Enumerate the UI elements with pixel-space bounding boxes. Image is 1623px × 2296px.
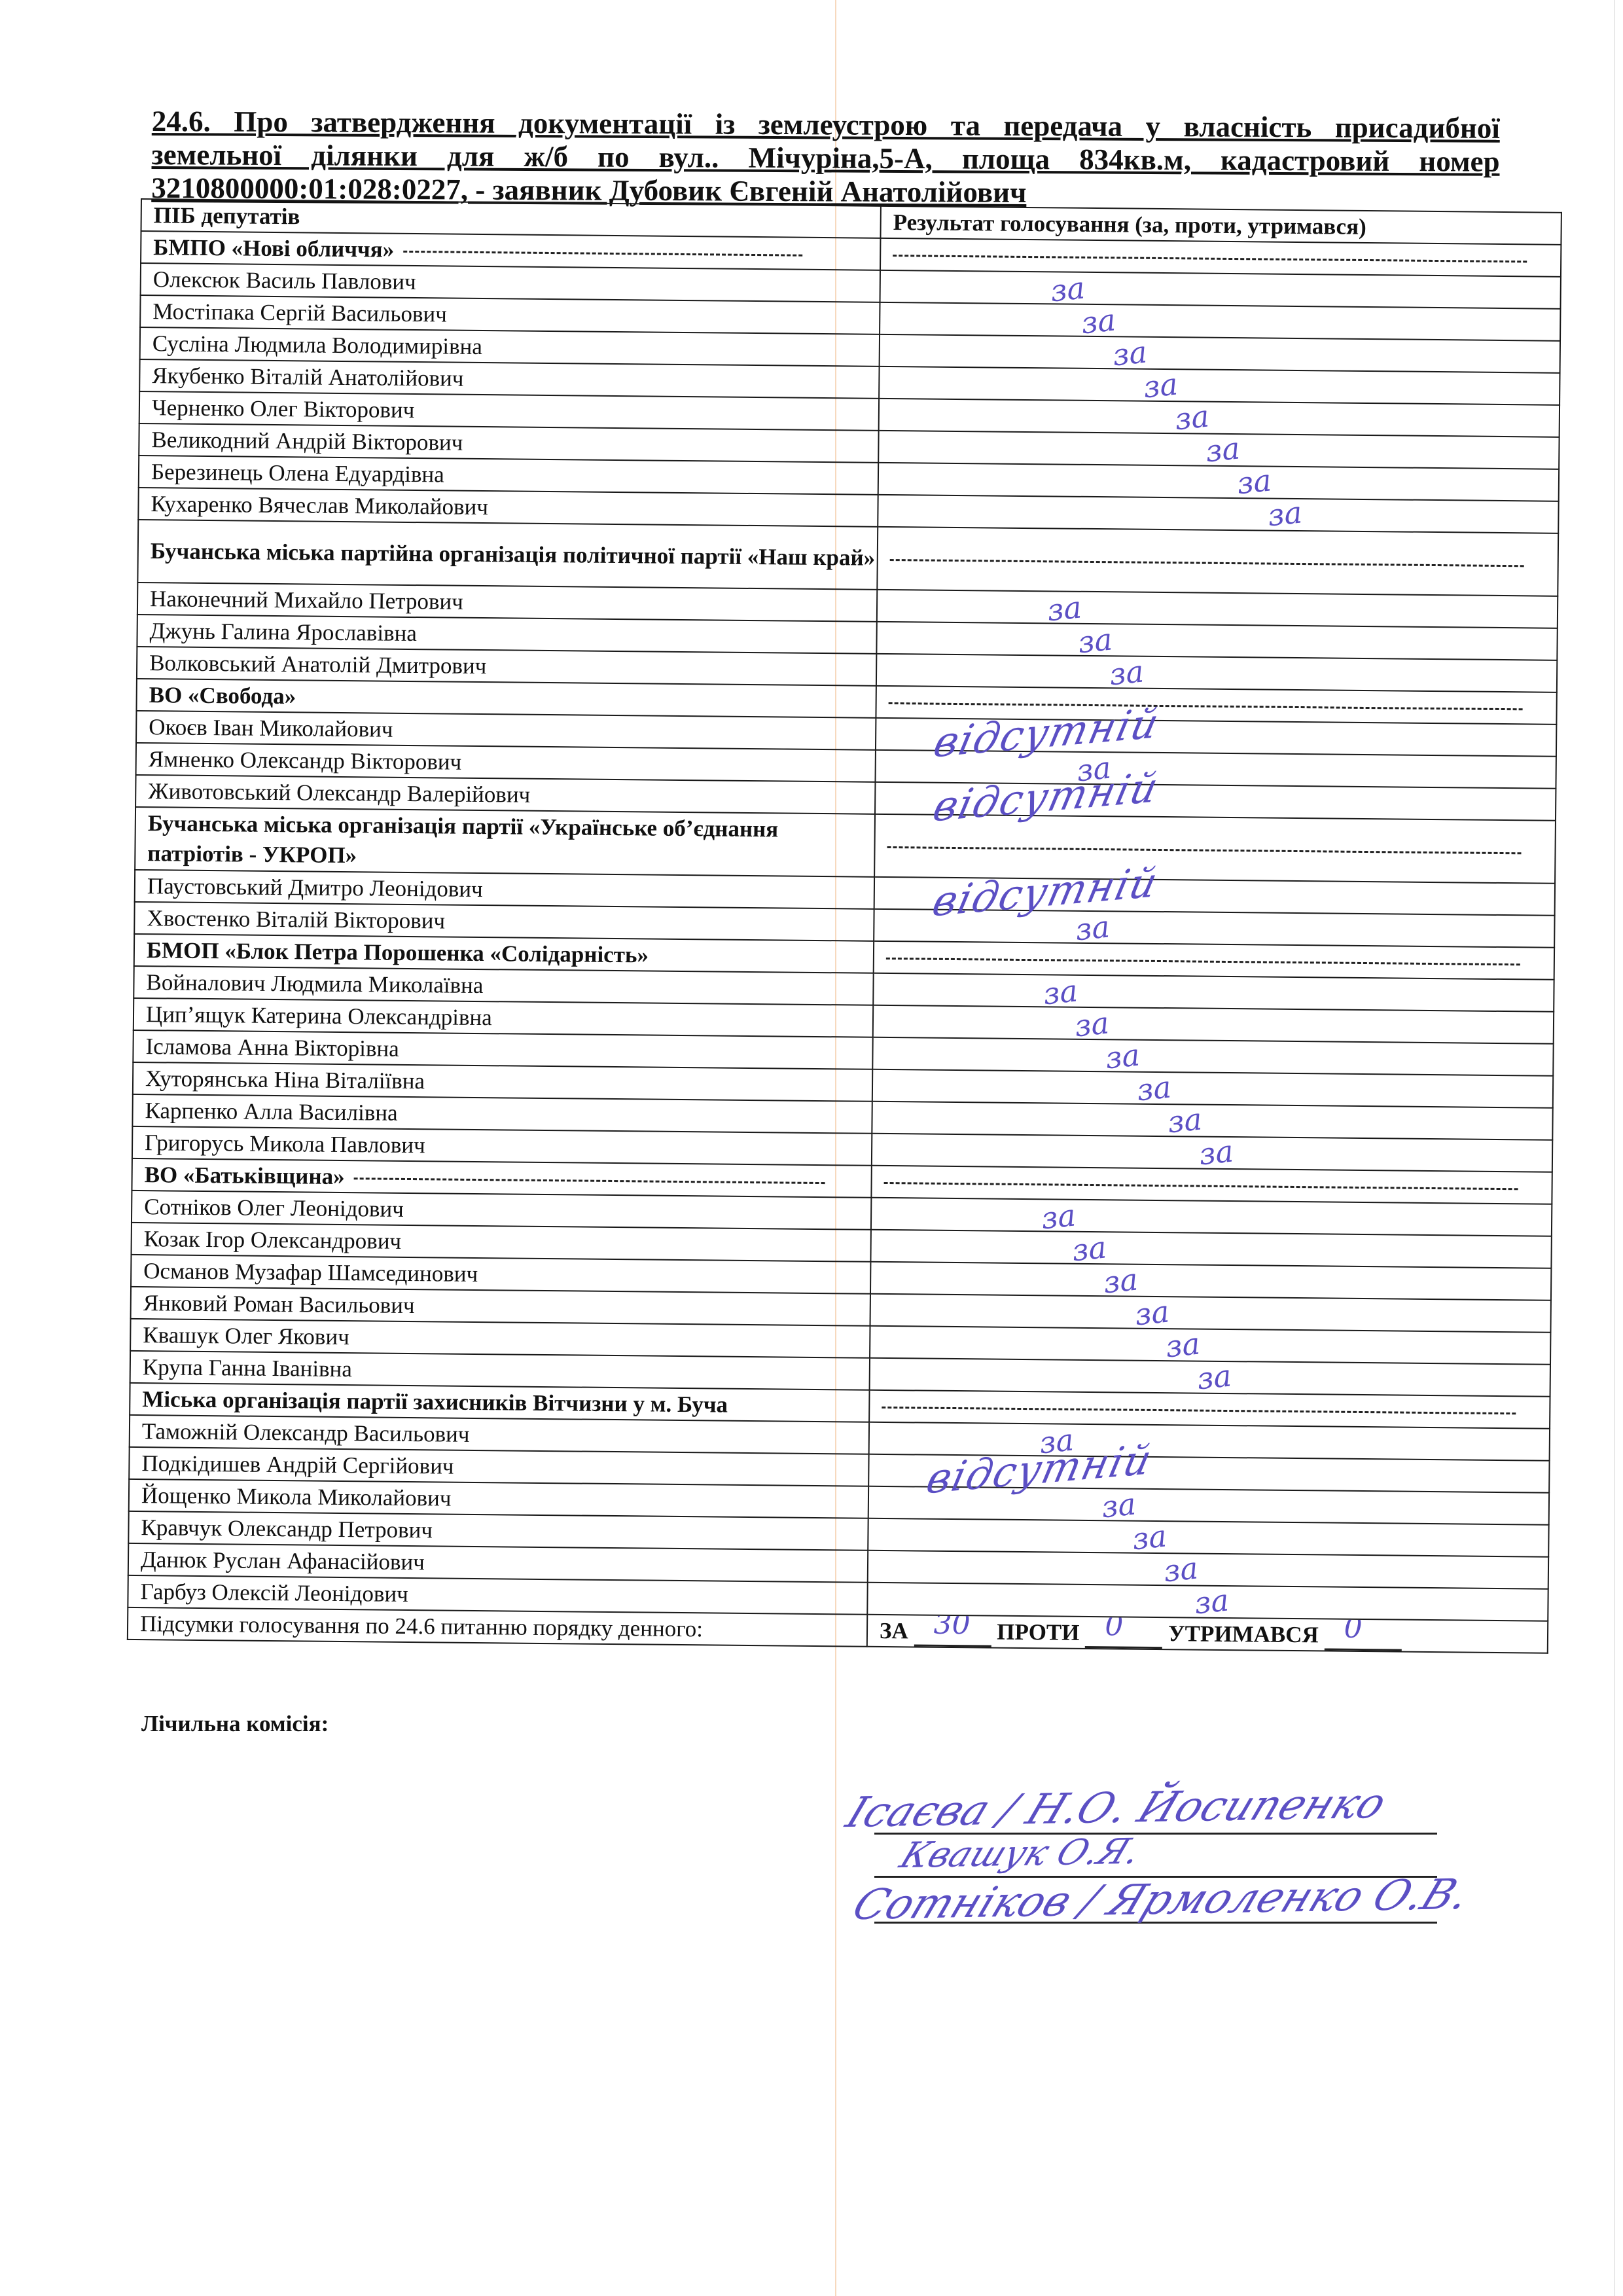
against-label: ПРОТИ [997,1619,1080,1645]
signature-1: Ісаєва / Н.О. Йосипенко [840,1780,1393,1837]
party-name-text: Міська організація партії захисників Віт… [142,1386,728,1418]
signature-2: Квашук О.Я. [895,1831,1147,1876]
for-count: 30 [933,1615,970,1640]
dash-filler [887,846,1522,853]
signature-3: Сотніков / Ярмоленко О.В. [846,1871,1476,1929]
party-name-text: Бучанська міська партійна організація по… [151,538,876,571]
against-count-field: 0 [1085,1619,1162,1648]
dash-filler [354,1177,825,1184]
abstain-count: 0 [1344,1615,1362,1643]
party-name-text: БМОП «Блок Петра Порошенка «Солідарність… [147,937,649,967]
agenda-item-title: 24.6. Про затвердження документації із з… [151,105,1500,212]
for-label: ЗА [880,1617,908,1643]
counting-commission-label: Лічильна комісія: [141,1711,329,1737]
scan-artifact-edge [1614,0,1615,2296]
party-name-text: БМПО «Нові обличчя» [153,234,394,262]
party-name-text: ВО «Свобода» [149,682,296,709]
party-name-text: ВО «Батьківщина» [144,1162,344,1189]
summary-tally: ЗА 30 ПРОТИ 0 УТРИМАВСЯ 0 [867,1615,1548,1653]
dash-filler [886,958,1520,965]
dash-filler [890,559,1524,567]
party-name-text: Бучанська міська організація партії «Укр… [147,810,778,868]
party-vote-cell [877,527,1558,596]
voting-table: ПІБ депутатів Результат голосування (за,… [127,198,1562,1654]
for-count-field: 30 [914,1618,991,1647]
dash-filler [893,255,1527,262]
party-name: Бучанська міська партійна організація по… [137,520,878,590]
dash-filler [403,251,802,257]
dash-filler [882,1407,1516,1414]
summary-label: Підсумки голосування по 24.6 питанню пор… [128,1607,867,1647]
abstain-label: УТРИМАВСЯ [1168,1621,1319,1647]
dash-filler [889,702,1523,710]
against-count: 0 [1105,1615,1123,1641]
dash-filler [884,1182,1518,1190]
party-vote-cell [874,814,1556,884]
party-name: Бучанська міська організація партії «Укр… [135,807,875,877]
abstain-count-field: 0 [1324,1622,1401,1651]
